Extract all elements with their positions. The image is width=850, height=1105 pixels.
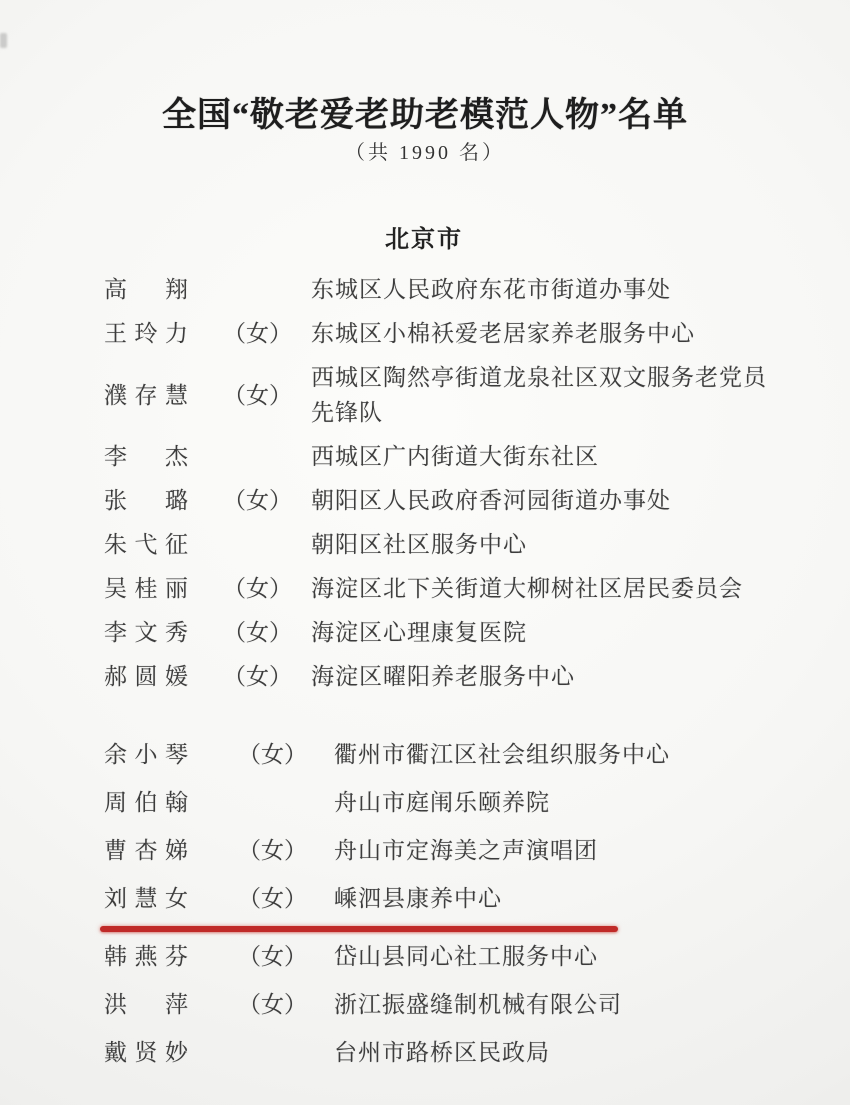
person-name: 郝圆媛 [104, 659, 188, 694]
total-count: （共 1990 名） [0, 136, 850, 165]
person-name: 刘慧女 [104, 881, 188, 916]
page-title: 全国“敬老爱老助老模范人物”名单 [0, 87, 850, 136]
person-name: 曹杏娣 [104, 833, 188, 868]
section-rows: 余小琴 （女） 衢州市衢江区社会组织服务中心 周伯翰 舟山市庭闱乐颐养院 曹杏娣… [104, 737, 770, 1070]
organization: 东城区小棉袄爱老居家养老服务中心 [311, 316, 770, 351]
gender-label: （女） [238, 737, 334, 772]
province-section: 北京市 高翔 东城区人民政府东花市街道办事处 王玲力 （女） 东城区小棉袄爱老居… [104, 228, 770, 703]
organization: 朝阳区社区服务中心 [311, 527, 770, 562]
organization: 舟山市定海美之声演唱团 [334, 833, 770, 868]
organization: 海淀区心理康复医院 [311, 615, 770, 650]
person-row: 王玲力 （女） 东城区小棉袄爱老居家养老服务中心 [104, 316, 770, 351]
person-name: 周伯翰 [104, 785, 188, 820]
organization: 西城区陶然亭街道龙泉社区双文服务老党员先锋队 [311, 360, 770, 430]
organization: 台州市路桥区民政局 [334, 1035, 770, 1070]
person-row: 郝圆媛 （女） 海淀区曜阳养老服务中心 [104, 659, 770, 694]
person-row: 余小琴 （女） 衢州市衢江区社会组织服务中心 [104, 737, 770, 772]
person-row: 周伯翰 舟山市庭闱乐颐养院 [104, 785, 770, 820]
gender-label: （女） [223, 659, 311, 694]
organization: 舟山市庭闱乐颐养院 [334, 785, 770, 820]
section-header: 北京市 [104, 228, 770, 252]
organization: 海淀区北下关街道大柳树社区居民委员会 [311, 571, 770, 606]
section-rows: 高翔 东城区人民政府东花市街道办事处 王玲力 （女） 东城区小棉袄爱老居家养老服… [104, 272, 770, 694]
person-row: 李杰 西城区广内街道大街东社区 [104, 439, 770, 474]
province-section: 余小琴 （女） 衢州市衢江区社会组织服务中心 周伯翰 舟山市庭闱乐颐养院 曹杏娣… [104, 737, 770, 1083]
person-row: 濮存慧 （女） 西城区陶然亭街道龙泉社区双文服务老党员先锋队 [104, 360, 770, 430]
person-row: 高翔 东城区人民政府东花市街道办事处 [104, 272, 770, 307]
organization: 西城区广内街道大街东社区 [311, 439, 770, 474]
gender-label: （女） [223, 316, 311, 351]
person-row: 刘慧女 （女） 嵊泗县康养中心 [104, 881, 770, 916]
person-name: 戴贤妙 [104, 1035, 188, 1070]
gender-label: （女） [223, 615, 311, 650]
person-row: 张璐 （女） 朝阳区人民政府香河园街道办事处 [104, 483, 770, 518]
person-name: 余小琴 [104, 737, 188, 772]
organization: 嵊泗县康养中心 [334, 881, 770, 916]
document-page: 全国“敬老爱老助老模范人物”名单 （共 1990 名） 北京市 高翔 东城区人民… [0, 0, 850, 1105]
person-name: 洪萍 [104, 987, 188, 1022]
person-row: 戴贤妙 台州市路桥区民政局 [104, 1035, 770, 1070]
organization: 朝阳区人民政府香河园街道办事处 [311, 483, 770, 518]
person-name: 高翔 [104, 272, 188, 307]
gender-label: （女） [238, 881, 334, 916]
person-name: 朱弋征 [104, 527, 188, 562]
organization: 岱山县同心社工服务中心 [334, 939, 770, 974]
organization: 浙江振盛缝制机械有限公司 [334, 987, 770, 1022]
gender-label: （女） [223, 378, 311, 413]
person-row: 李文秀 （女） 海淀区心理康复医院 [104, 615, 770, 650]
person-row: 朱弋征 朝阳区社区服务中心 [104, 527, 770, 562]
gender-label: （女） [238, 939, 334, 974]
person-name: 吴桂丽 [104, 571, 188, 606]
organization: 东城区人民政府东花市街道办事处 [311, 272, 770, 307]
person-name: 王玲力 [104, 316, 188, 351]
gender-label: （女） [238, 833, 334, 868]
person-name: 李杰 [104, 439, 188, 474]
person-row: 吴桂丽 （女） 海淀区北下关街道大柳树社区居民委员会 [104, 571, 770, 606]
organization: 海淀区曜阳养老服务中心 [311, 659, 770, 694]
gender-label: （女） [223, 483, 311, 518]
person-row: 洪萍 （女） 浙江振盛缝制机械有限公司 [104, 987, 770, 1022]
person-row: 韩燕芬 （女） 岱山县同心社工服务中心 [104, 939, 770, 974]
gender-label: （女） [238, 987, 334, 1022]
person-name: 韩燕芬 [104, 939, 188, 974]
person-name: 张璐 [104, 483, 188, 518]
gender-label: （女） [223, 571, 311, 606]
person-row: 曹杏娣 （女） 舟山市定海美之声演唱团 [104, 833, 770, 868]
person-name: 濮存慧 [104, 378, 188, 413]
red-underline-annotation [100, 926, 618, 932]
organization: 衢州市衢江区社会组织服务中心 [334, 737, 770, 772]
person-name: 李文秀 [104, 615, 188, 650]
scan-edge-artifact [0, 33, 7, 48]
